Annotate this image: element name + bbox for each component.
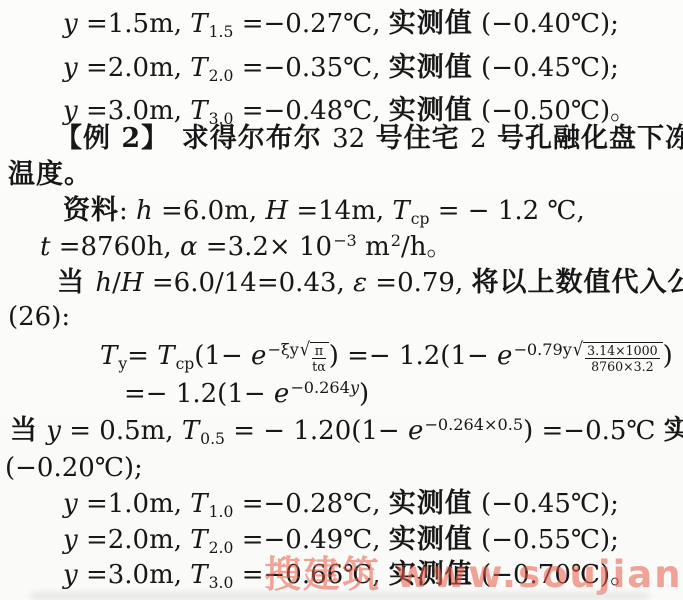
text-run: −ξy√πtα — [267, 342, 328, 373]
text-run: y — [63, 489, 78, 519]
text-run: e — [408, 416, 423, 446]
text-run: ) =− 1.2(1− — [329, 341, 497, 371]
text-run: : — [119, 196, 136, 226]
text-run: = — [127, 341, 157, 371]
text-run: 实测值 — [389, 488, 473, 519]
text-run: 号孔融化盘下冻土最高 — [487, 123, 683, 154]
text-run: −0.264×0.5 — [424, 417, 523, 433]
text-run: =6.0/14=0.43, — [144, 268, 353, 298]
text-run: 2 — [391, 233, 401, 249]
text-run: 实测值 — [389, 52, 473, 83]
text-run: 求得尔布尔 — [182, 123, 332, 154]
document-page: y =1.5m, T1.5 =−0.27℃, 实测值 (−0.40℃);y =2… — [0, 0, 683, 600]
text-run: y — [350, 378, 359, 397]
formula-ty-cont: =− 1.2(1− e−0.264y) — [124, 376, 369, 412]
text-run: T — [190, 9, 207, 39]
fraction-denominator: 8760×3.2 — [585, 359, 659, 373]
text-run: e — [251, 341, 266, 371]
text-run: ) — [359, 379, 369, 409]
radicand: πtα — [310, 342, 329, 373]
text-run: (−0.20℃); — [5, 453, 143, 483]
text-run: 2.0 — [209, 539, 234, 557]
text-run: 当 — [10, 415, 38, 446]
text-run: =8760h, — [50, 232, 180, 262]
text-run: ) — [663, 341, 673, 371]
text-run: (26): — [8, 302, 70, 332]
text-run: 号住宅 — [365, 123, 470, 154]
text-run: 3.14×10008760×3.2 — [585, 344, 659, 373]
scan-artifact — [30, 592, 650, 600]
text-run: y — [63, 560, 78, 590]
text-run: −0.264 — [290, 378, 350, 397]
text-run: =6.0m, — [153, 196, 266, 226]
fraction-numerator: 3.14×1000 — [585, 344, 659, 359]
text-run: T — [190, 53, 207, 83]
text-run: √3.14×10008760×3.2 — [573, 342, 663, 373]
line-substitution: 当 h/H =6.0/14=0.43, ε =0.79, 将以上数值代入公式 — [57, 265, 683, 301]
text-run: =2.0m, — [78, 53, 191, 83]
text-run: =3.2× 10 — [198, 232, 333, 262]
text-run: H — [121, 268, 144, 298]
example-2-heading: 【例 2】 求得尔布尔 32 号住宅 2 号孔融化盘下冻土最高 — [55, 121, 683, 157]
text-run: m — [357, 232, 390, 262]
text-run: =−0.35℃, — [233, 53, 388, 83]
text-run: −ξy — [267, 340, 298, 359]
text-run: = 0.5m, — [61, 416, 182, 446]
example-2-heading-cont: 温度。 — [8, 157, 92, 193]
text-run: 32 — [332, 124, 365, 154]
text-run: e — [497, 341, 512, 371]
text-run: 实测值 — [664, 415, 683, 446]
text-run: T — [182, 416, 199, 446]
watermark: 搜建筑 www.soujianzhu.cn — [264, 544, 683, 598]
text-run: cp — [411, 210, 430, 228]
text-run: H — [265, 196, 288, 226]
text-run: e — [274, 379, 289, 409]
text-run: (1− — [194, 341, 251, 371]
text-run: = − 1.20(1− — [225, 416, 408, 446]
text-run: T — [100, 341, 117, 371]
text-run: 【例 2】 — [55, 123, 156, 154]
text-run: h — [136, 196, 153, 226]
radical-sign: √ — [300, 341, 310, 360]
line-y1-5-result: y =1.5m, T1.5 =−0.27℃, 实测值 (−0.40℃); — [63, 6, 619, 50]
text-run: 资料 — [63, 195, 119, 226]
text-run: t — [40, 232, 50, 262]
text-run: cp — [176, 355, 195, 373]
text-run: ) =−0.5℃ — [523, 416, 664, 446]
text-run: −3 — [333, 231, 357, 250]
text-run: y — [63, 53, 78, 83]
text-run: 2 — [391, 231, 401, 250]
text-run: = − 1.2 ℃, — [429, 196, 584, 226]
line-formula-ref: (26): — [8, 299, 70, 335]
text-run: T — [190, 525, 207, 555]
text-run: =3.0m, — [78, 560, 191, 590]
text-run: =−0.27℃, — [233, 9, 388, 39]
text-run: y — [63, 525, 78, 555]
text-run: =0.79, — [367, 268, 471, 298]
text-run: T — [392, 196, 409, 226]
text-run: 1.5 — [209, 23, 234, 41]
text-run: h — [95, 268, 112, 298]
text-run: 当 — [57, 267, 95, 298]
text-run: −0.79y — [513, 340, 571, 359]
text-run: =− 1.2(1− — [124, 379, 274, 409]
text-run: −0.79y√3.14×10008760×3.2 — [513, 342, 662, 373]
radical-sign: √ — [573, 341, 583, 360]
text-run: T — [157, 341, 174, 371]
text-run: 0.5 — [200, 430, 225, 448]
text-run: (−0.40℃); — [473, 9, 619, 39]
text-run: πtα — [312, 344, 326, 373]
text-run: y — [63, 9, 78, 39]
fraction-denominator: tα — [312, 359, 326, 373]
text-run: 温度。 — [8, 159, 92, 190]
text-run: (−0.45℃); — [473, 489, 619, 519]
text-run: α — [180, 232, 198, 262]
radicand: 3.14×10008760×3.2 — [583, 342, 662, 373]
text-run: T — [190, 489, 207, 519]
text-run: 2.0 — [209, 67, 234, 85]
text-run: y — [118, 355, 127, 373]
text-run: =1.5m, — [78, 9, 191, 39]
text-run: 1.0 — [209, 503, 234, 521]
text-run: =2.0m, — [78, 525, 191, 555]
text-run: √πtα — [300, 342, 329, 373]
text-run: y — [46, 416, 61, 446]
text-run: =1.0m, — [78, 489, 191, 519]
line-data-given-cont: t =8760h, α =3.2× 10−3 m2/h。 — [40, 229, 453, 265]
text-run: −3 — [333, 233, 357, 249]
text-run: (−0.45℃); — [473, 53, 619, 83]
text-run: 实测值 — [389, 8, 473, 39]
text-run — [156, 124, 182, 154]
text-run: ε — [353, 268, 367, 298]
text-run: =−0.28℃, — [233, 489, 388, 519]
text-run: 2 — [470, 124, 487, 154]
text-run: 将以上数值代入公式 — [472, 267, 683, 298]
text-run: =14m, — [288, 196, 392, 226]
text-run: 3.0 — [209, 574, 234, 592]
line-y0-5-measured: (−0.20℃); — [5, 450, 143, 486]
line-y2-0-result: y =2.0m, T2.0 =−0.35℃, 实测值 (−0.45℃); — [63, 50, 619, 94]
text-run: /h。 — [401, 232, 453, 262]
text-run: T — [190, 560, 207, 590]
text-run: / — [112, 268, 121, 298]
fraction-numerator: π — [312, 344, 326, 359]
text-run: −0.264×0.5 — [424, 415, 523, 434]
text-run: −0.264y — [290, 380, 359, 396]
